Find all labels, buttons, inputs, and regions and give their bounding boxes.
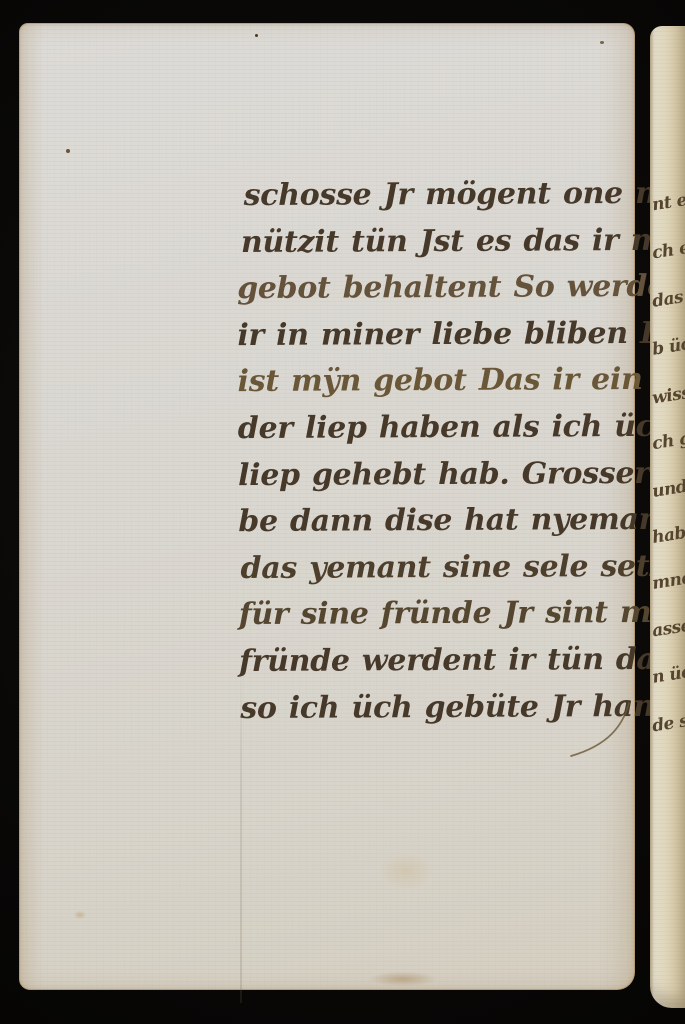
manuscript-line: nützit tün Jst es das ir mÿn	[241, 218, 645, 267]
manuscript-line: ist mÿn gebot Das ir ein an	[238, 357, 646, 406]
manuscript-line: fründe werdent ir tün das	[239, 637, 647, 686]
manuscript-line: ir in miner liebe bliben Dz	[237, 311, 645, 360]
facing-page-text-fragment: ch gel	[651, 426, 685, 454]
manuscript-page: schosse Jr mögent one mich nützit tün Js…	[19, 23, 635, 990]
facing-page-text-fragment: mnen	[651, 566, 685, 594]
manuscript-line: der liep haben als ich üch-	[238, 404, 646, 453]
manuscript-line: be dann dise hat nyeman	[238, 497, 646, 546]
facing-page-text-fragment: wissen	[651, 379, 685, 408]
facing-page-text-fragment: asset	[651, 614, 685, 641]
stain	[367, 845, 445, 897]
manuscript-line: das yemant sine sele setze	[240, 544, 646, 593]
speck	[600, 41, 604, 44]
pen-flourish	[565, 699, 637, 763]
manuscript-line: gebot behaltent So werdet	[237, 264, 645, 313]
page-crease	[240, 663, 242, 1003]
stain	[71, 909, 89, 921]
manuscript-line: für sine fründe Jr sint mine	[239, 590, 647, 639]
speck	[255, 34, 258, 37]
stain	[357, 969, 449, 989]
text-block: schosse Jr mögent one mich nützit tün Js…	[237, 171, 648, 732]
manuscript-line: liep gehebt hab. Grosser lie	[238, 450, 646, 499]
facing-page-edge: nt er ch er das ir b üch wissen ch gel u…	[650, 26, 685, 1008]
facing-page-text-fragment: und d	[651, 474, 685, 502]
manuscript-line: schosse Jr mögent one mich	[244, 171, 645, 220]
facing-page-text-fragment: nt er	[651, 189, 685, 216]
facing-page-text-fragment: n üch	[651, 660, 685, 688]
manuscript-photo: schosse Jr mögent one mich nützit tün Js…	[0, 0, 685, 1024]
facing-page-text-fragment: de son	[651, 708, 685, 737]
facing-page-text-fragment: das ir	[651, 284, 685, 312]
facing-page-text-fragment: haber	[651, 520, 685, 548]
facing-page-text-fragment: ch er	[651, 237, 685, 264]
speck	[66, 149, 70, 153]
facing-page-text-fragment: b üch	[651, 332, 685, 360]
